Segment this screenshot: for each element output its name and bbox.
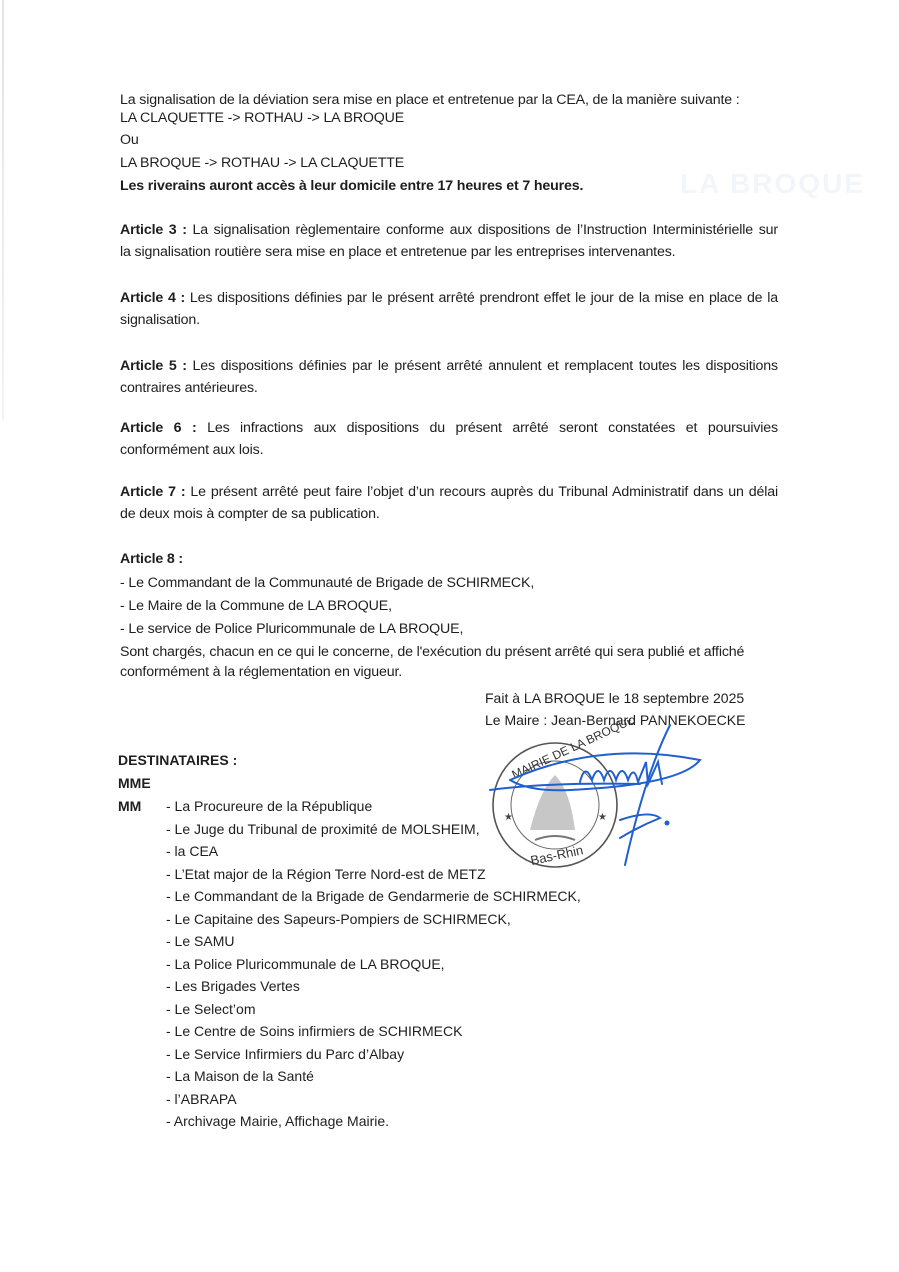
article-paragraph-line-1: Article 3 : La signalisation règlementai… bbox=[120, 220, 778, 240]
article-paragraph-line-2: conformément aux lois. bbox=[120, 440, 263, 460]
handwritten-signature-icon bbox=[490, 725, 700, 865]
recipient-item: - Le SAMU bbox=[166, 931, 234, 951]
article-paragraph-line-2: contraires antérieures. bbox=[120, 378, 258, 398]
residents-notice: Les riverains auront accès à leur domici… bbox=[120, 176, 583, 196]
article-8-responsible-3: - Le service de Police Pluricommunale de… bbox=[120, 619, 463, 639]
recipient-item: - la CEA bbox=[166, 841, 218, 861]
article-text: Les dispositions définies par le présent… bbox=[185, 290, 778, 306]
recipient-item: - l’ABRAPA bbox=[166, 1089, 237, 1109]
svg-text:★: ★ bbox=[598, 812, 607, 823]
recipients-heading: DESTINATAIRES : bbox=[118, 750, 237, 770]
recipients-prefix-mme: MME bbox=[118, 773, 151, 793]
route-or: Ou bbox=[120, 130, 139, 150]
article-8-responsible-1: - Le Commandant de la Communauté de Brig… bbox=[120, 573, 534, 593]
official-stamp-icon: ★ ★ Bas-Rhin MAIRIE DE LA BROQUE bbox=[493, 720, 637, 868]
article-paragraph-line-1: Article 5 : Les dispositions définies pa… bbox=[120, 356, 778, 376]
stamp-bottom-text: Bas-Rhin bbox=[529, 842, 584, 868]
article-paragraph-line-1: Article 6 : Les infractions aux disposit… bbox=[120, 418, 778, 438]
show-through-ghost-text: LA BROQUE bbox=[680, 168, 865, 200]
intro-text: La signalisation de la déviation sera mi… bbox=[120, 90, 740, 110]
recipient-item: - Le Select’om bbox=[166, 999, 255, 1019]
article-text: La signalisation règlementaire conforme … bbox=[187, 222, 778, 238]
recipient-item: - Les Brigades Vertes bbox=[166, 976, 300, 996]
recipient-item: - Le Centre de Soins infirmiers de SCHIR… bbox=[166, 1021, 462, 1041]
article-label: Article 6 : bbox=[120, 420, 197, 436]
signature-place-date: Fait à LA BROQUE le 18 septembre 2025 bbox=[485, 688, 744, 708]
article-text: Le présent arrêté peut faire l’objet d’u… bbox=[185, 484, 778, 500]
recipient-item: - Le Juge du Tribunal de proximité de MO… bbox=[166, 819, 480, 839]
article-label: Article 7 : bbox=[120, 484, 185, 500]
recipient-item: - La Police Pluricommunale de LA BROQUE, bbox=[166, 954, 445, 974]
article-label: Article 5 : bbox=[120, 358, 187, 374]
article-text: Les infractions aux dispositions du prés… bbox=[197, 420, 778, 436]
article-8-closing-1: Sont chargés, chacun en ce qui le concer… bbox=[120, 642, 744, 662]
article-paragraph-line-2: la signalisation routière sera mise en p… bbox=[120, 242, 675, 262]
article-label: Article 3 : bbox=[120, 222, 187, 238]
recipient-item: - La Maison de la Santé bbox=[166, 1066, 314, 1086]
recipient-item: - Le Commandant de la Brigade de Gendarm… bbox=[166, 886, 581, 906]
article-paragraph-line-2: signalisation. bbox=[120, 310, 200, 330]
route-1: LA CLAQUETTE -> ROTHAU -> LA BROQUE bbox=[120, 108, 404, 128]
route-2: LA BROQUE -> ROTHAU -> LA CLAQUETTE bbox=[120, 153, 404, 173]
mayor-stamp-and-signature: ★ ★ Bas-Rhin MAIRIE DE LA BROQUE bbox=[470, 720, 720, 870]
article-paragraph-line-2: de deux mois à compter de sa publication… bbox=[120, 504, 380, 524]
recipient-item: - Le Capitaine des Sapeurs-Pompiers de S… bbox=[166, 909, 511, 929]
recipient-item: - La Procureure de la République bbox=[166, 796, 372, 816]
article-8-responsible-2: - Le Maire de la Commune de LA BROQUE, bbox=[120, 596, 392, 616]
recipient-item: - L’Etat major de la Région Terre Nord-e… bbox=[166, 864, 486, 884]
recipient-item: - Archivage Mairie, Affichage Mairie. bbox=[166, 1111, 389, 1131]
article-8-closing-2: conformément à la réglementation en vigu… bbox=[120, 662, 402, 682]
recipient-item: - Le Service Infirmiers du Parc d’Albay bbox=[166, 1044, 404, 1064]
article-text: Les dispositions définies par le présent… bbox=[187, 358, 778, 374]
article-paragraph-line-1: Article 4 : Les dispositions définies pa… bbox=[120, 288, 778, 308]
scan-edge-shadow bbox=[2, 0, 4, 420]
article-paragraph-line-1: Article 7 : Le présent arrêté peut faire… bbox=[120, 482, 778, 502]
article-8-label: Article 8 : bbox=[120, 549, 183, 569]
recipients-prefix-mm: MM bbox=[118, 796, 141, 816]
svg-text:★: ★ bbox=[504, 812, 513, 823]
article-label: Article 4 : bbox=[120, 290, 185, 306]
